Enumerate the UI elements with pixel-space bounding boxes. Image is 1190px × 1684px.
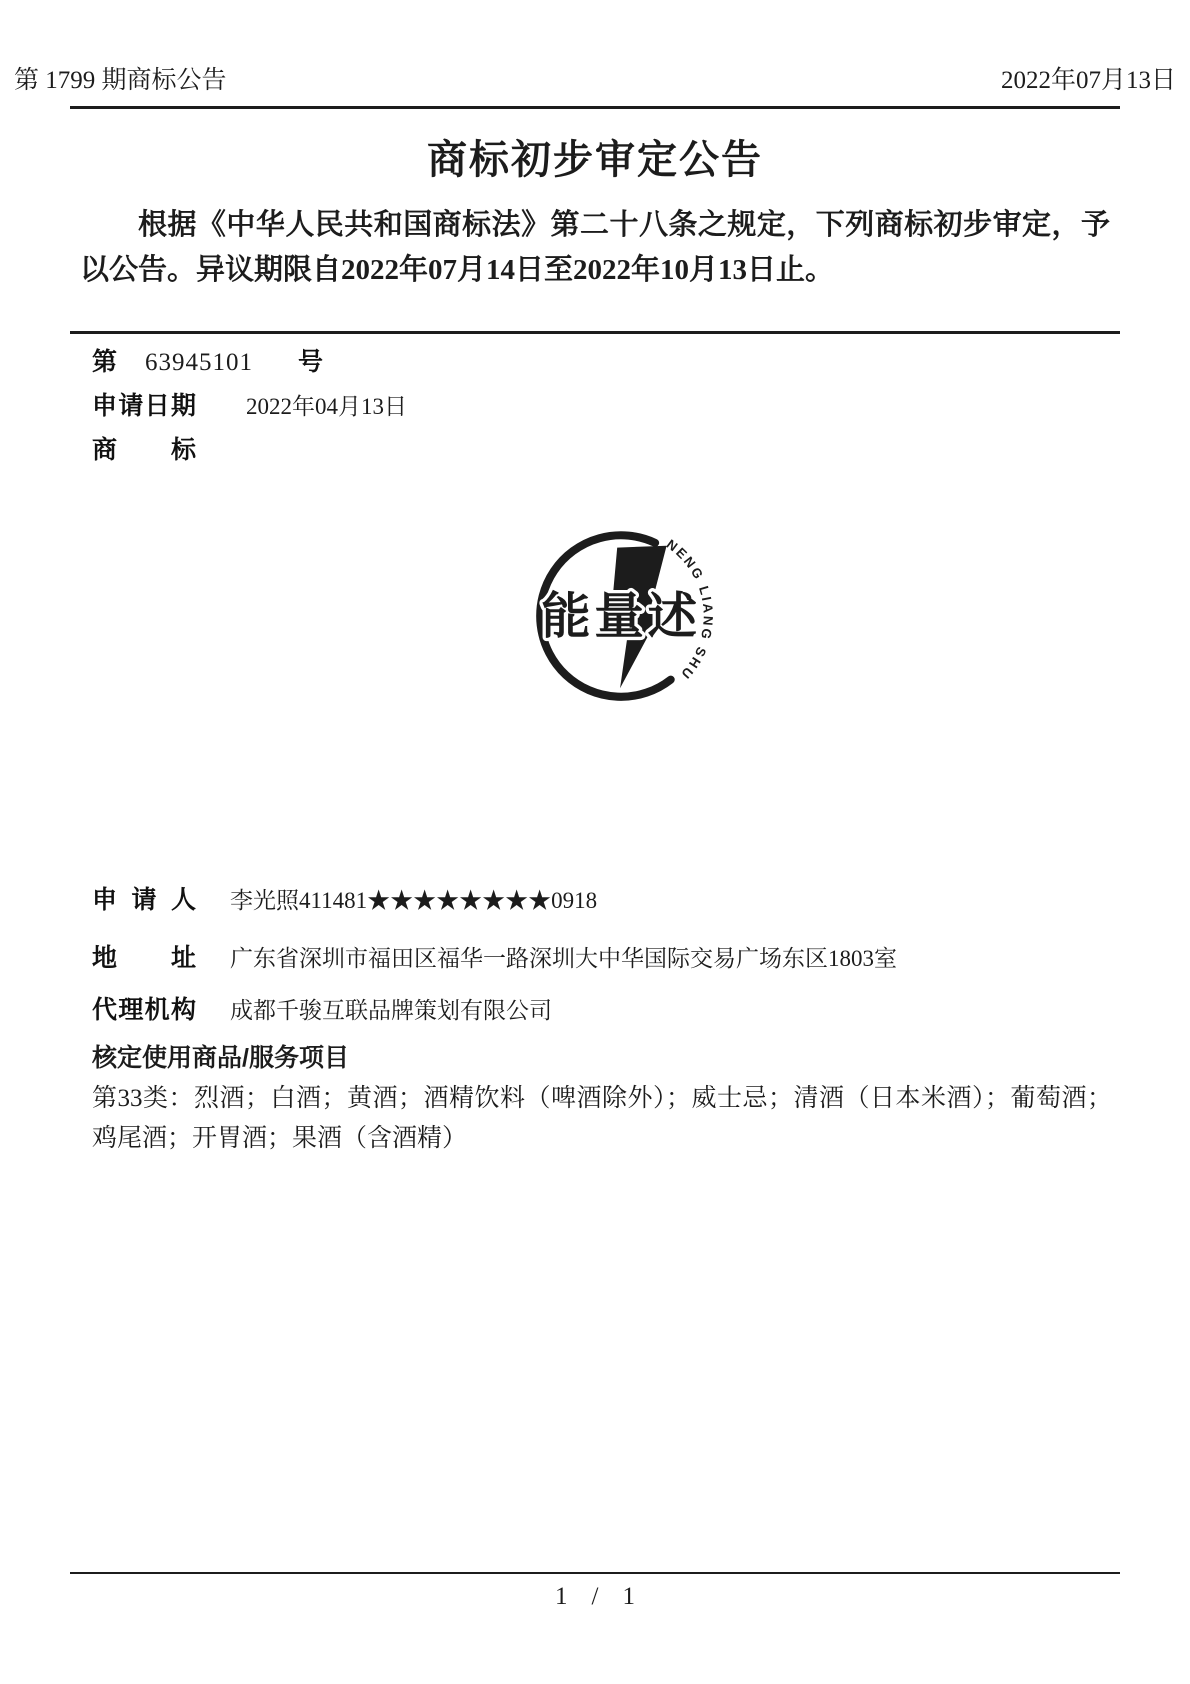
address-value: 广东省深圳市福田区福华一路深圳大中华国际交易广场东区1803室	[230, 940, 897, 973]
applicant-row: 申请人 李光照411481★★★★★★★★0918	[70, 880, 1120, 914]
page-number: 1/1	[70, 1583, 1120, 1611]
number-suffix-label: 号	[298, 342, 323, 378]
applicant-label: 申请人	[92, 880, 196, 916]
current-page: 1	[555, 1583, 568, 1610]
address-row: 地址 广东省深圳市福田区福华一路深圳大中华国际交易广场东区1803室	[70, 938, 1120, 972]
agent-row: 代理机构 成都千骏互联品牌策划有限公司	[70, 990, 1120, 1024]
trademark-row: 商标	[70, 430, 1120, 464]
page-footer: 1/1	[70, 1572, 1120, 1611]
section-divider	[70, 331, 1120, 334]
gazette-page: 第 1799 期商标公告 2022年07月13日 商标初步审定公告 根据《中华人…	[0, 0, 1190, 1684]
agent-label: 代理机构	[92, 990, 196, 1026]
address-label: 地址	[92, 938, 196, 974]
trademark-image: NENG LIANG SHU 能量述 能量述	[70, 521, 1120, 711]
application-number: 63945101	[145, 349, 253, 377]
number-prefix-label: 第	[92, 342, 117, 378]
application-date-value: 2022年04月13日	[246, 388, 407, 421]
intro-paragraph: 根据《中华人民共和国商标法》第二十八条之规定，下列商标初步审定，予以公告。异议期…	[80, 203, 1110, 293]
application-date-row: 申请日期 2022年04月13日	[70, 386, 1120, 420]
goods-services-header: 核定使用商品/服务项目	[70, 1039, 1120, 1073]
trademark-logo-svg: NENG LIANG SHU 能量述 能量述	[526, 521, 716, 711]
goods-services-list: 第33类：烈酒；白酒；黄酒；酒精饮料（啤酒除外）；威士忌；清酒（日本米酒）；葡萄…	[92, 1079, 1112, 1159]
header-divider	[70, 106, 1120, 109]
agent-value: 成都千骏互联品牌策划有限公司	[230, 992, 552, 1025]
applicant-value: 李光照411481★★★★★★★★0918	[230, 882, 597, 915]
application-date-label: 申请日期	[92, 386, 196, 422]
page-separator: /	[592, 1583, 599, 1610]
announcement-title: 商标初步审定公告	[70, 139, 1120, 181]
trademark-label: 商标	[92, 430, 196, 466]
page-header: 第 1799 期商标公告 2022年07月13日	[0, 0, 1190, 96]
logo-center-text: 能量述	[541, 589, 701, 644]
footer-divider	[70, 1572, 1120, 1574]
total-pages: 1	[622, 1583, 635, 1610]
gazette-issue-label: 第 1799 期商标公告	[14, 66, 227, 96]
gazette-date-label: 2022年07月13日	[1001, 66, 1176, 96]
application-number-row: 第 63945101 号	[70, 342, 1120, 376]
